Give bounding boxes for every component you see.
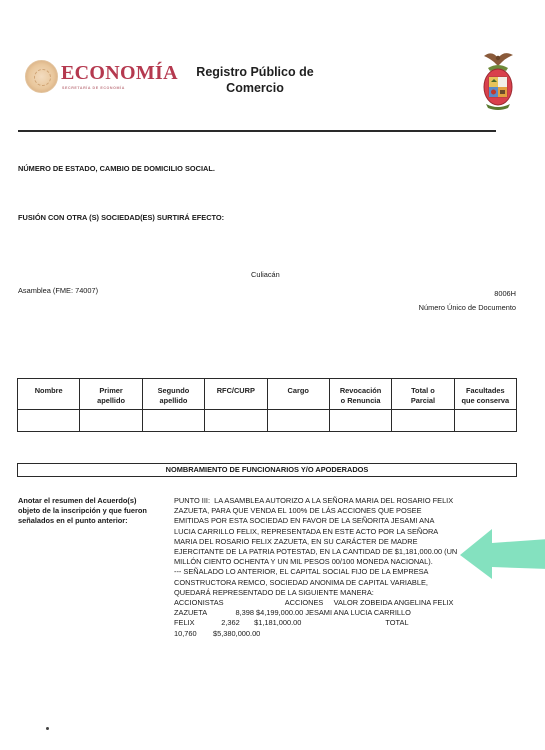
sinaloa-coat-of-arms-icon	[480, 48, 516, 112]
column-header-line: Parcial	[392, 396, 453, 406]
column-header-line: o Renuncia	[330, 396, 391, 406]
table-header-row: NombrePrimerapellidoSegundoapellidoRFC/C…	[18, 379, 517, 410]
column-header: Total oParcial	[392, 379, 454, 410]
document-number: 8006H	[480, 289, 516, 298]
scan-speck	[46, 727, 49, 730]
agreement-text-line: EMITIDAS POR ESTA SOCIEDAD EN FAVOR DE L…	[174, 516, 534, 526]
column-header-line: RFC/CURP	[205, 386, 266, 396]
agreement-text-line: ZAZUETA 8,398 $4,199,000.00 JESAMI ANA L…	[174, 608, 534, 618]
column-header-line: Primer	[80, 386, 141, 396]
agreement-label-line: señalados en el punto anterior:	[18, 516, 168, 526]
agreement-text-line: CONSTRUCTORA REMCO, SOCIEDAD ANONIMA DE …	[174, 578, 534, 588]
table-cell	[454, 410, 516, 432]
agreement-text-line: ZAZUETA, PARA QUE VENDA EL 100% DE LÁS A…	[174, 506, 534, 516]
column-header: Primerapellido	[80, 379, 142, 410]
table-cell	[329, 410, 391, 432]
column-header: Segundoapellido	[142, 379, 204, 410]
document-number-label: Número Único de Documento	[380, 303, 516, 312]
column-header: Facultadesque conserva	[454, 379, 516, 410]
column-header-line: que conserva	[455, 396, 516, 406]
column-header-line: Total o	[392, 386, 453, 396]
asamblea-reference: Asamblea (FME: 74007)	[18, 286, 98, 295]
table-cell	[18, 410, 80, 432]
column-header-line: Revocación	[330, 386, 391, 396]
section-title: NOMBRAMIENTO DE FUNCIONARIOS Y/O APODERA…	[17, 463, 517, 477]
table-cell	[392, 410, 454, 432]
agreement-text-line: QUEDARÁ REPRESENTADO DE LA SIGUIENTE MAN…	[174, 588, 534, 598]
column-header: Nombre	[18, 379, 80, 410]
agreement-text-line: 10,760 $5,380,000.00	[174, 629, 534, 639]
column-header: Revocacióno Renuncia	[329, 379, 391, 410]
column-header-line: apellido	[80, 396, 141, 406]
table-cell	[80, 410, 142, 432]
column-header: RFC/CURP	[205, 379, 267, 410]
agreement-text-line: PUNTO III: LA ASAMBLEA AUTORIZO A LA SEÑ…	[174, 496, 534, 506]
column-header-line: Facultades	[455, 386, 516, 396]
table-cell	[267, 410, 329, 432]
table-cell	[142, 410, 204, 432]
table-row	[18, 410, 517, 432]
city: Culiacán	[251, 270, 280, 279]
agreement-text-line: FELIX 2,362 $1,181,000.00 TOTAL	[174, 618, 534, 628]
agreement-label: Anotar el resumen del Acuerdo(s) objeto …	[18, 496, 168, 527]
column-header-line: Nombre	[18, 386, 79, 396]
column-header: Cargo	[267, 379, 329, 410]
agreement-label-line: objeto de la inscripción y que fueron	[18, 506, 168, 516]
agreement-text-line: ACCIONISTAS ACCIONES VALOR ZOBEIDA ANGEL…	[174, 598, 534, 608]
officials-table: NombrePrimerapellidoSegundoapellidoRFC/C…	[17, 378, 517, 432]
column-header-line: Segundo	[143, 386, 204, 396]
registry-title-line1: Registro Público de	[190, 64, 320, 80]
table-cell	[205, 410, 267, 432]
fusion-field: FUSIÓN CON OTRA (S) SOCIEDAD(ES) SURTIRÁ…	[18, 213, 224, 222]
registry-title: Registro Público de Comercio	[190, 64, 320, 96]
arrow-left-icon	[458, 527, 545, 579]
column-header-line: Cargo	[268, 386, 329, 396]
agency-name: ECONOMÍA	[61, 62, 178, 85]
numero-estado-field: NÚMERO DE ESTADO, CAMBIO DE DOMICILIO SO…	[18, 164, 215, 173]
column-header-line: apellido	[143, 396, 204, 406]
agreement-label-line: Anotar el resumen del Acuerdo(s)	[18, 496, 168, 506]
agency-subtitle: SECRETARÍA DE ECONOMÍA	[62, 86, 125, 90]
registry-title-line2: Comercio	[190, 80, 320, 96]
mexico-seal-icon	[25, 60, 58, 93]
header-divider	[18, 130, 496, 132]
